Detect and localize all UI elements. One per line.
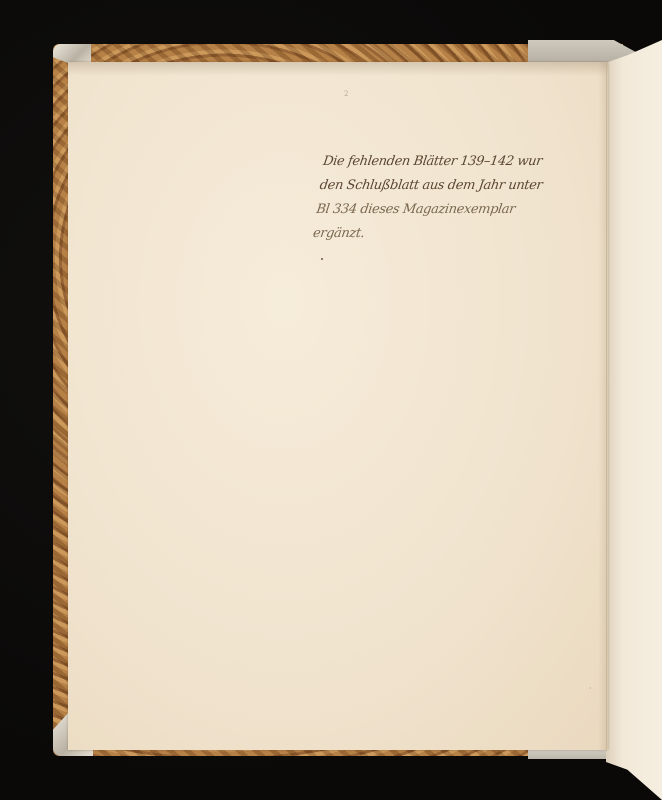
pencil-mark: 2: [344, 90, 348, 98]
gutter-fold: [606, 62, 607, 750]
margin-mark: ·: [589, 684, 592, 693]
note-line-1: Die fehlenden Blätter 139–142 wur: [321, 150, 564, 174]
note-line-3: Bl 334 dieses Magazinexemplar: [315, 198, 558, 222]
ink-dot: [321, 258, 323, 260]
note-line-2: den Schlußblatt aus dem Jahr unter: [318, 174, 561, 198]
handwritten-note: Die fehlenden Blätter 139–142 wur den Sc…: [311, 150, 564, 246]
facing-page: [606, 40, 662, 800]
note-line-4: ergänzt.: [311, 222, 554, 246]
